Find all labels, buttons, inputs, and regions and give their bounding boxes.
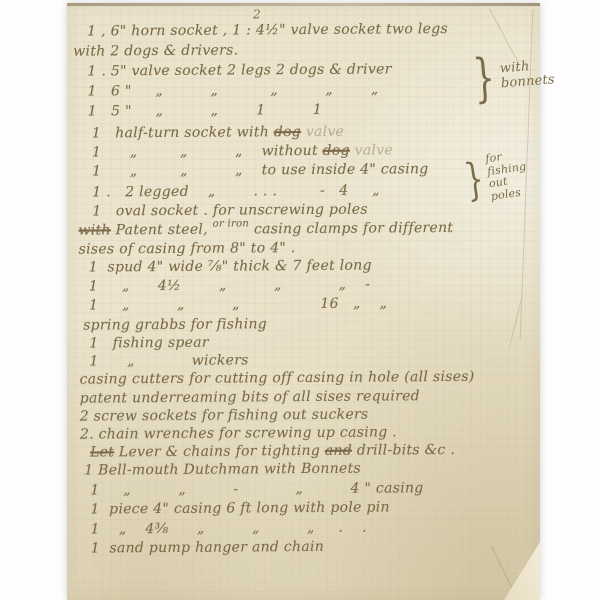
handwriting-line: 1 fishing spear <box>89 336 209 351</box>
handwriting-line: with Patent steel, or iron casing clamps… <box>78 221 453 238</box>
handwritten-text: 1 „ 4⅜ „ „ „ . . <box>91 520 367 538</box>
handwriting-line: 1 6 " „ „ „ „ „ <box>87 82 378 98</box>
handwritten-text: 1 . 2 legged „ . . . - 4 „ <box>92 182 380 200</box>
handwriting-line: 1 5 " „ „ 1 1 <box>88 103 323 119</box>
page-number: 2 <box>253 7 261 21</box>
handwriting-line: patent underreaming bits of all sises re… <box>80 389 420 405</box>
handwritten-text: 1 „ wickers <box>89 352 248 369</box>
handwriting-line: 1 , 6" horn socket , 1 : 4½" valve socke… <box>87 22 448 39</box>
crossed-out-word: Let <box>90 444 114 460</box>
margin-note-text: withbonnets <box>499 59 555 93</box>
handwriting-line: 1 sand pump hanger and chain <box>91 540 324 556</box>
margin-note-text: for fishingoutpoles <box>485 146 543 203</box>
handwriting-line: 1 spud 4" wide ⅞" thick & 7 feet long <box>89 259 372 275</box>
brace-mark: } <box>472 55 497 103</box>
handwritten-text: valve <box>350 142 393 158</box>
handwriting-line: 2. chain wrenches for screwing up casing… <box>80 425 397 441</box>
handwriting-line: 1 . 2 legged „ . . . - 4 „ <box>92 183 380 199</box>
crossed-out-word: with <box>78 222 110 238</box>
handwriting-line: Let Lever & chains for tighting and dril… <box>90 443 455 460</box>
handwritten-text: or iron <box>213 218 250 229</box>
handwriting-line: 1 piece 4" casing 6 ft long with pole pi… <box>90 500 389 516</box>
handwritten-text: drill-bits &c . <box>352 442 455 459</box>
handwritten-text: patent underreaming bits of all sises re… <box>80 388 420 406</box>
handwritten-text: spring grabbs for fishing <box>83 316 267 333</box>
handwritten-text: 1 „ 4½ „ „ „ - <box>89 277 370 295</box>
margin-note: }withbonnets <box>466 50 556 103</box>
handwriting-line: casing cutters for cutting off casing in… <box>79 370 474 387</box>
handwritten-text: 1 „ „ - „ 4 " casing <box>90 480 423 498</box>
handwriting-line: 1 „ „ „ without dog valve <box>92 143 393 159</box>
handwritten-text: 1 „ „ „ to use inside 4" casing <box>92 161 429 179</box>
handwritten-text: 1 piece 4" casing 6 ft long with pole pi… <box>90 499 389 517</box>
handwritten-text: valve <box>301 124 344 140</box>
handwriting-line: spring grabbs for fishing <box>83 317 267 332</box>
handwritten-text: 1 5 " „ „ 1 1 <box>88 102 323 120</box>
crossed-out-word: dog <box>323 143 350 159</box>
handwriting-line: 1 half-turn socket with dog valve <box>92 125 345 141</box>
brace-mark: } <box>463 160 487 202</box>
handwriting-line: 1 „ 4½ „ „ „ - <box>89 278 370 294</box>
handwritten-text: 1 half-turn socket with <box>92 124 274 141</box>
handwritten-text: casing clamps for different <box>249 220 453 237</box>
handwriting-line: 1 „ 4⅜ „ „ „ . . <box>91 521 367 537</box>
handwritten-text: 1 sand pump hanger and chain <box>91 539 324 557</box>
handwritten-text: sises of casing from 8" to 4" . <box>79 240 296 258</box>
handwritten-text: 2 screw sockets for fishing out suckers <box>80 407 369 425</box>
handwritten-text: 2. chain wrenches for screwing up casing… <box>80 424 397 442</box>
handwritten-text: 1 spud 4" wide ⅞" thick & 7 feet long <box>89 258 372 276</box>
handwritten-text: 1 oval socket . for unscrewing poles <box>92 202 368 220</box>
handwriting-line: 1 . 5" valve socket 2 legs 2 dogs & driv… <box>87 62 391 78</box>
handwritten-text: Lever & chains for tighting <box>114 443 325 460</box>
handwritten-text: 1 fishing spear <box>89 335 209 352</box>
handwritten-text: Patent steel, <box>111 222 213 239</box>
handwritten-text: 1 „ „ „ 16 „ „ <box>89 295 387 313</box>
handwriting-line: 1 „ „ - „ 4 " casing <box>90 481 423 497</box>
handwritten-text: casing cutters for cutting off casing in… <box>79 369 474 388</box>
handwriting-line: 1 Bell-mouth Dutchman with Bonnets <box>84 462 361 478</box>
crossed-out-word: dog <box>274 124 301 140</box>
handwriting-line: with 2 dogs & drivers. <box>73 43 238 58</box>
handwriting-line: 1 „ „ „ to use inside 4" casing <box>92 162 429 178</box>
handwriting-line: 2 screw sockets for fishing out suckers <box>80 408 369 424</box>
handwritten-text: 1 6 " „ „ „ „ „ <box>87 81 378 99</box>
handwritten-text: 1 Bell-mouth Dutchman with Bonnets <box>84 461 361 479</box>
handwriting-line: 1 oval socket . for unscrewing poles <box>92 203 368 219</box>
crossed-out-word: and <box>325 443 352 459</box>
handwritten-text: with 2 dogs & drivers. <box>73 42 238 59</box>
handwriting-line: sises of casing from 8" to 4" . <box>79 241 296 257</box>
margin-note: }for fishingoutpoles <box>457 146 543 208</box>
handwritten-text: 1 , 6" horn socket , 1 : 4½" valve socke… <box>87 21 448 40</box>
handwriting-line: 1 „ wickers <box>89 353 248 368</box>
handwriting-line: 1 „ „ „ 16 „ „ <box>89 296 387 312</box>
scanned-document-photo: 2 1 , 6" horn socket , 1 : 4½" valve soc… <box>0 0 600 600</box>
handwriting-layer: 2 1 , 6" horn socket , 1 : 4½" valve soc… <box>65 1 542 600</box>
paper-sheet: 2 1 , 6" horn socket , 1 : 4½" valve soc… <box>67 3 540 600</box>
handwritten-text: 1 . 5" valve socket 2 legs 2 dogs & driv… <box>87 61 391 79</box>
margin-notes: }withbonnets}for fishingoutpoles <box>65 1 538 4</box>
handwriting-lines: 1 , 6" horn socket , 1 : 4½" valve socke… <box>65 1 538 4</box>
handwritten-text: 1 „ „ „ without <box>92 143 323 161</box>
